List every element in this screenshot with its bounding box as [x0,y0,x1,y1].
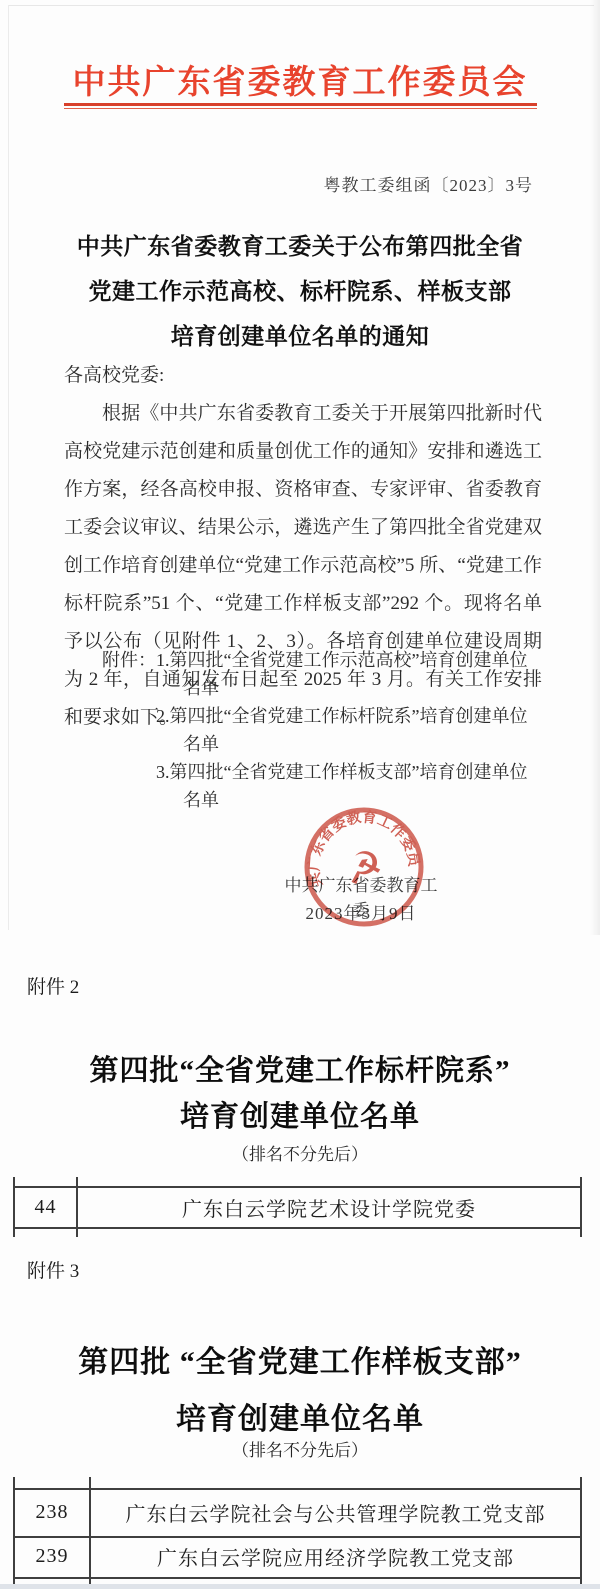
doc-number: 粤教工委组函〔2023〕3号 [0,171,533,196]
doc-title-line3: 培育创建单位名单的通知 [40,314,560,359]
annex3-table-vline-right [580,1477,582,1584]
annex2-table-border-bottom [13,1227,582,1229]
annex3-title: 第四批 “全省党建工作样板支部” 培育创建单位名单 [0,1334,600,1448]
annex2-title-line1: 第四批“全省党建工作标杆院系” [0,1048,600,1094]
attachments-label: 附件： [102,646,156,814]
attachment-2-suffix: 名单 [156,730,527,758]
attachment-2-title: 2.第四批“全省党建工作标杆院系”培育创建单位 [156,702,527,730]
scan-edge-top [8,5,594,6]
annex2-row-number: 44 [15,1188,76,1227]
attachment-item: 2.第四批“全省党建工作标杆院系”培育创建单位 名单 [156,702,527,758]
scan-edge-right [590,0,600,935]
annex3-row2-number: 239 [15,1538,89,1575]
scan-edge-left [8,5,9,930]
annex2-row-unit: 广东白云学院艺术设计学院党委 [78,1188,580,1227]
annex2-label: 附件 2 [27,972,79,999]
attachment-item: 1.第四批“全省党建工作示范高校”培育创建单位 名单 [156,646,527,702]
window-bottom-edge [0,1584,600,1589]
doc-title-line2: 党建工作示范高校、标杆院系、样板支部 [40,269,560,314]
annex3-row1-number: 238 [15,1490,89,1534]
salutation: 各高校党委: [64,357,542,395]
letterhead-title: 中共广东省委教育工作委员会 [0,56,600,103]
doc-title: 中共广东省委教育工委关于公布第四批全省 党建工作示范高校、标杆院系、样板支部 培… [40,224,560,359]
attachment-3-title: 3.第四批“全省党建工作样板支部”培育创建单位 [156,758,527,786]
attachment-1-title: 1.第四批“全省党建工作示范高校”培育创建单位 [156,646,527,674]
annex3-note: （排名不分先后） [0,1436,600,1461]
annex3-row2-unit: 广东白云学院应用经济学院教工党支部 [91,1538,580,1575]
annex2-note: （排名不分先后） [0,1140,600,1165]
annex3-title-line1: 第四批 “全省党建工作样板支部” [0,1334,600,1391]
attachments-list: 附件： 1.第四批“全省党建工作示范高校”培育创建单位 名单 2.第四批“全省党… [102,646,542,814]
annex2-title: 第四批“全省党建工作标杆院系” 培育创建单位名单 [0,1048,600,1140]
annex2-title-line2: 培育创建单位名单 [0,1094,600,1140]
attachment-1-suffix: 名单 [156,674,527,702]
doc-title-line1: 中共广东省委教育工委关于公布第四批全省 [40,224,560,269]
annex3-row1-unit: 广东白云学院社会与公共管理学院教工党支部 [91,1490,580,1534]
document-page: 中共广东省委教育工作委员会 粤教工委组函〔2023〕3号 中共广东省委教育工委关… [0,0,600,1589]
hammer-sickle-icon: ☭ [341,843,387,896]
attachments-items: 1.第四批“全省党建工作示范高校”培育创建单位 名单 2.第四批“全省党建工作标… [156,646,527,814]
annex3-label: 附件 3 [27,1256,79,1283]
annex2-table-vline-right [580,1177,582,1237]
letterhead-rule [64,103,537,109]
official-seal-stamp: 中共广东省委教育工作委员会 ☭ [283,786,444,947]
annex3-table-border-bottom [13,1577,582,1579]
